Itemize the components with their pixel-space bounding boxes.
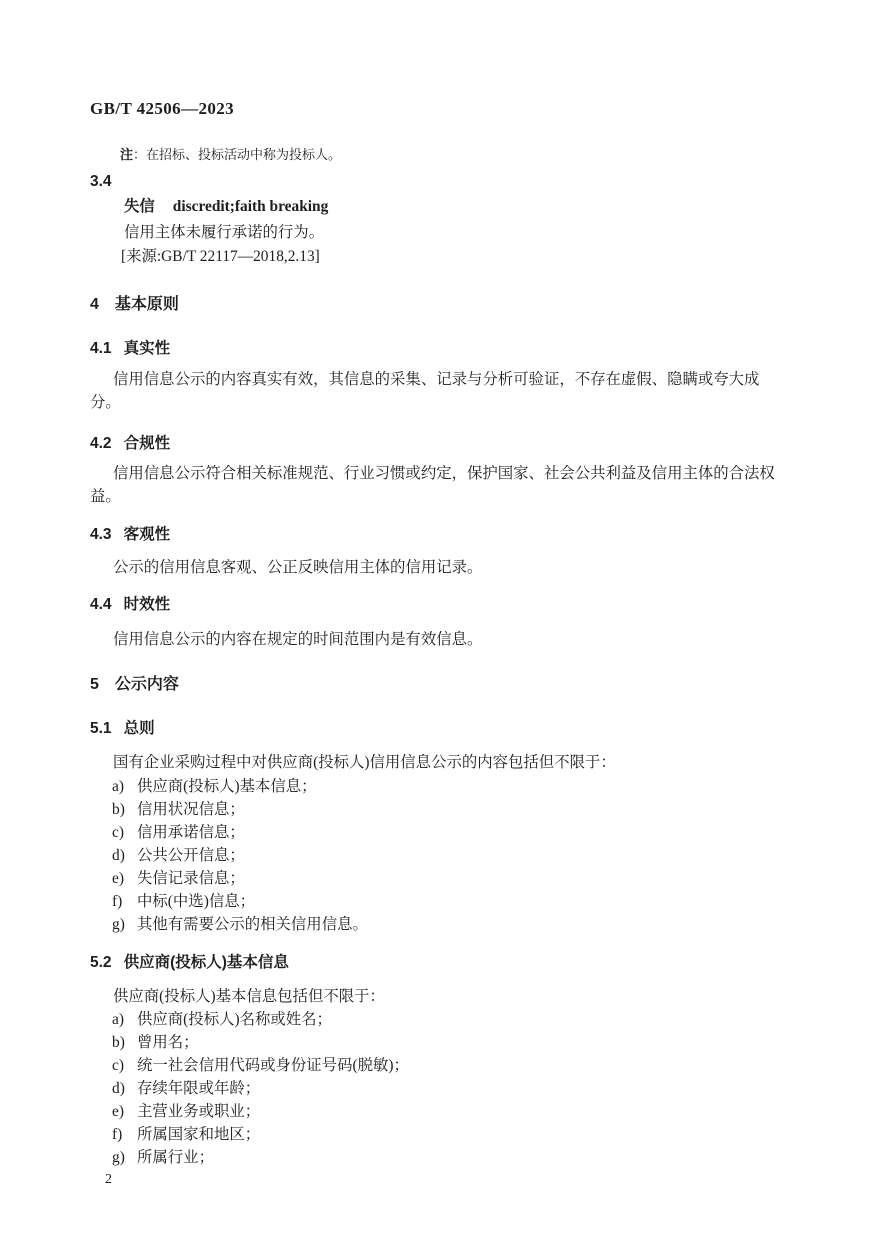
list-item: c)信用承诺信息；: [90, 821, 785, 844]
list-item: a)供应商(投标人)名称或姓名；: [90, 1008, 785, 1031]
list-item-marker: b): [112, 798, 137, 821]
list-item-text: 公共公开信息；: [137, 844, 785, 867]
section-5-title: 公示内容: [115, 676, 179, 693]
section-5-2-title: 供应商(投标人)基本信息: [124, 954, 289, 971]
list-item-text: 统一社会信用代码或身份证号码(脱敏)；: [137, 1054, 785, 1077]
list-item-text: 供应商(投标人)名称或姓名；: [137, 1008, 785, 1031]
list-item: d)存续年限或年龄；: [90, 1077, 785, 1100]
note-text: ：在招标、投标活动中称为投标人。: [133, 147, 341, 162]
section-5-number: 5: [90, 676, 99, 693]
list-item-marker: e): [112, 867, 137, 890]
term-number-3-4: 3.4: [90, 171, 785, 193]
section-4-1-number: 4.1: [90, 340, 112, 357]
section-5-1-heading: 5.1总则: [90, 717, 785, 740]
list-item: c)统一社会信用代码或身份证号码(脱敏)；: [90, 1054, 785, 1077]
section-4-1-heading: 4.1真实性: [90, 337, 785, 360]
standard-code-header: GB/T 42506—2023: [90, 98, 785, 120]
list-item-marker: g): [112, 913, 137, 936]
term-chinese: 失信: [124, 198, 155, 215]
list-item: b)曾用名；: [90, 1031, 785, 1054]
list-item: f)中标(中选)信息；: [90, 890, 785, 913]
list-item: g)其他有需要公示的相关信用信息。: [90, 913, 785, 936]
list-item-marker: e): [112, 1100, 137, 1123]
list-item: e)失信记录信息；: [90, 867, 785, 890]
section-4-1-title: 真实性: [124, 340, 171, 357]
section-5-1-list: a)供应商(投标人)基本信息； b)信用状况信息； c)信用承诺信息； d)公共…: [90, 775, 785, 936]
list-item-text: 所属行业；: [137, 1146, 785, 1169]
list-item-text: 存续年限或年龄；: [137, 1077, 785, 1100]
list-item-marker: f): [112, 890, 137, 913]
list-item: b)信用状况信息；: [90, 798, 785, 821]
section-4-3-heading: 4.3客观性: [90, 523, 785, 546]
list-item: g)所属行业；: [90, 1146, 785, 1169]
note-label: 注: [120, 147, 133, 162]
list-item-marker: d): [112, 844, 137, 867]
list-item-text: 失信记录信息；: [137, 867, 785, 890]
list-item-marker: c): [112, 821, 137, 844]
section-5-1-number: 5.1: [90, 720, 112, 737]
section-5-2-list: a)供应商(投标人)名称或姓名； b)曾用名； c)统一社会信用代码或身份证号码…: [90, 1008, 785, 1169]
section-4-2-heading: 4.2合规性: [90, 432, 785, 455]
term-source: [来源:GB/T 22117—2018,2.13]: [90, 245, 785, 268]
term-english: discredit;faith breaking: [173, 198, 328, 215]
section-5-2-heading: 5.2供应商(投标人)基本信息: [90, 951, 785, 974]
section-4-title: 基本原则: [115, 296, 179, 313]
section-4-4-title: 时效性: [124, 596, 171, 613]
section-4-4-paragraph: 信用信息公示的内容在规定的时间范围内是有效信息。: [90, 628, 785, 651]
term-note: 注：在招标、投标活动中称为投标人。: [90, 145, 785, 165]
section-4-2-paragraph: 信用信息公示符合相关标准规范、行业习惯或约定，保护国家、社会公共利益及信用主体的…: [90, 462, 785, 508]
page-number: 2: [90, 1171, 785, 1189]
list-item-marker: a): [112, 1008, 137, 1031]
list-item-text: 曾用名；: [137, 1031, 785, 1054]
list-item: f)所属国家和地区；: [90, 1123, 785, 1146]
list-item-marker: c): [112, 1054, 137, 1077]
term-title-line: 失信discredit;faith breaking: [90, 195, 785, 218]
list-item-text: 主营业务或职业；: [137, 1100, 785, 1123]
list-item-marker: a): [112, 775, 137, 798]
list-item-text: 其他有需要公示的相关信用信息。: [137, 913, 785, 936]
list-item: a)供应商(投标人)基本信息；: [90, 775, 785, 798]
section-5-1-title: 总则: [124, 720, 155, 737]
section-4-4-heading: 4.4时效性: [90, 593, 785, 616]
list-item-text: 所属国家和地区；: [137, 1123, 785, 1146]
section-5-2-lead: 供应商(投标人)基本信息包括但不限于：: [90, 985, 785, 1008]
section-4-3-title: 客观性: [124, 526, 171, 543]
section-4-1-paragraph: 信用信息公示的内容真实有效，其信息的采集、记录与分析可验证，不存在虚假、隐瞒或夸…: [90, 368, 785, 414]
list-item: e)主营业务或职业；: [90, 1100, 785, 1123]
section-4-3-number: 4.3: [90, 526, 112, 543]
section-4-2-title: 合规性: [124, 435, 171, 452]
section-5-2-number: 5.2: [90, 954, 112, 971]
section-4-4-number: 4.4: [90, 596, 112, 613]
section-4-number: 4: [90, 296, 99, 313]
list-item-text: 信用状况信息；: [137, 798, 785, 821]
list-item-marker: g): [112, 1146, 137, 1169]
section-4-2-number: 4.2: [90, 435, 112, 452]
list-item: d)公共公开信息；: [90, 844, 785, 867]
list-item-text: 中标(中选)信息；: [137, 890, 785, 913]
list-item-text: 供应商(投标人)基本信息；: [137, 775, 785, 798]
list-item-text: 信用承诺信息；: [137, 821, 785, 844]
section-5-1-lead: 国有企业采购过程中对供应商(投标人)信用信息公示的内容包括但不限于：: [90, 751, 785, 774]
list-item-marker: b): [112, 1031, 137, 1054]
section-4-3-paragraph: 公示的信用信息客观、公正反映信用主体的信用记录。: [90, 556, 785, 579]
list-item-marker: d): [112, 1077, 137, 1100]
list-item-marker: f): [112, 1123, 137, 1146]
term-definition: 信用主体未履行承诺的行为。: [90, 221, 785, 244]
section-4-heading: 4基本原则: [90, 293, 785, 316]
section-5-heading: 5公示内容: [90, 673, 785, 696]
document-page: GB/T 42506—2023 注：在招标、投标活动中称为投标人。 3.4 失信…: [0, 0, 880, 1242]
